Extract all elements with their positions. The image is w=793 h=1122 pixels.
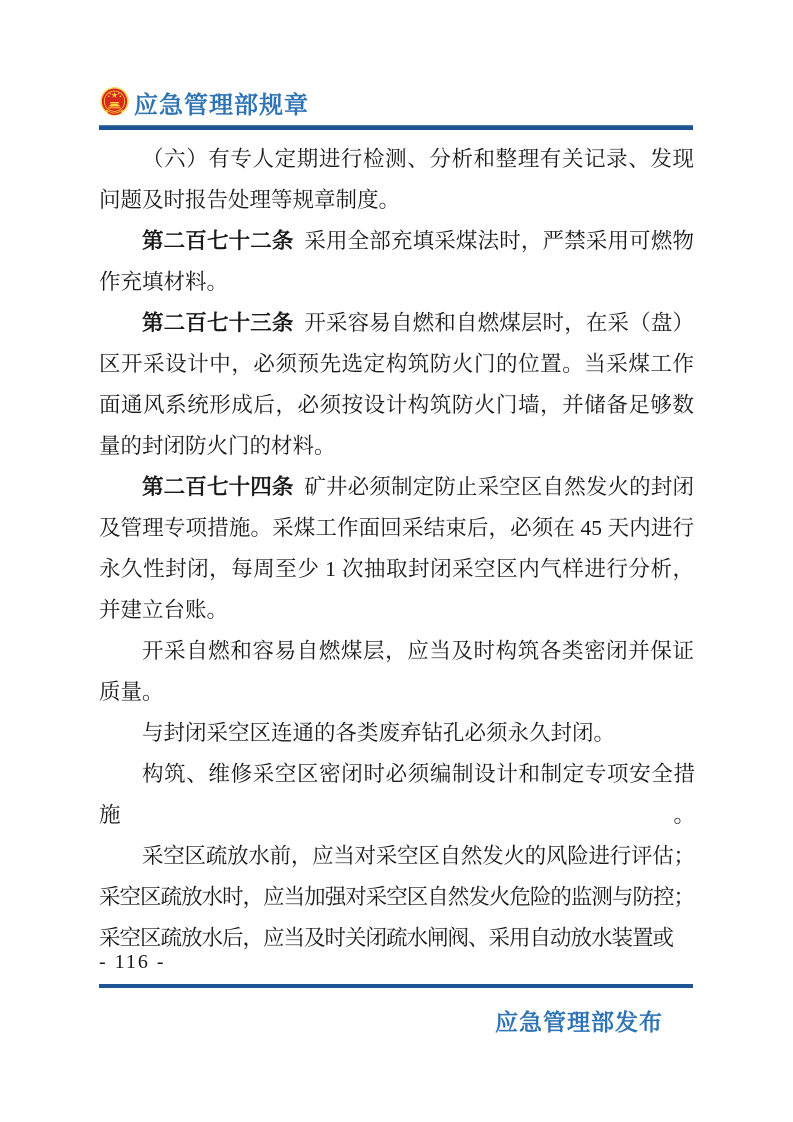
paragraph-article-272: 第二百七十二条采用全部充填采煤法时，严禁采用可燃物作充填材料。 (99, 221, 694, 303)
china-national-emblem-icon (99, 86, 130, 119)
article-number: 第二百七十三条 (142, 311, 294, 335)
paragraph-article-274: 第二百七十四条矿井必须制定防止采空区自然发火的封闭及管理专项措施。采煤工作面回采… (99, 467, 694, 631)
paragraph-text: 开采自燃和容易自燃煤层，应当及时构筑各类密闭并保证质量。 (99, 639, 694, 704)
article-number: 第二百七十四条 (142, 475, 294, 499)
article-number: 第二百七十二条 (142, 229, 294, 253)
document-page: 应急管理部规章 （六）有专人定期进行检测、分析和整理有关记录、发现问题及时报告处… (0, 0, 793, 1122)
paragraph-text: 采空区疏放水前，应当对采空区自然发火的风险进行评估；采空区疏放水时，应当加强对采… (99, 844, 694, 950)
document-body: （六）有专人定期进行检测、分析和整理有关记录、发现问题及时报告处理等规章制度。 … (99, 139, 694, 959)
header-divider (99, 125, 693, 130)
paragraph-water-drainage: 采空区疏放水前，应当对采空区自然发火的风险进行评估；采空区疏放水时，应当加强对采… (99, 836, 694, 959)
page-header: 应急管理部规章 (99, 85, 694, 120)
paragraph-seal-construction: 构筑、维修采空区密闭时必须编制设计和制定专项安全措施。 (99, 754, 694, 836)
paragraph-text: 构筑、维修采空区密闭时必须编制设计和制定专项安全措施。 (99, 762, 694, 827)
paragraph-abandoned-boreholes: 与封闭采空区连通的各类废弃钻孔必须永久封闭。 (99, 713, 694, 754)
paragraph-article-273: 第二百七十三条开采容易自燃和自燃煤层时，在采（盘）区开采设计中，必须预先选定构筑… (99, 303, 694, 467)
paragraph-sealing-quality: 开采自燃和容易自燃煤层，应当及时构筑各类密闭并保证质量。 (99, 631, 694, 713)
page-title: 应急管理部规章 (134, 85, 309, 120)
paragraph-text: （六）有专人定期进行检测、分析和整理有关记录、发现问题及时报告处理等规章制度。 (99, 147, 694, 212)
footer-divider (99, 984, 693, 988)
paragraph-text: 与封闭采空区连通的各类废弃钻孔必须永久封闭。 (142, 721, 615, 745)
paragraph-item-6: （六）有专人定期进行检测、分析和整理有关记录、发现问题及时报告处理等规章制度。 (99, 139, 694, 221)
page-number: - 116 - (99, 951, 166, 974)
publisher-label: 应急管理部发布 (495, 1004, 663, 1037)
